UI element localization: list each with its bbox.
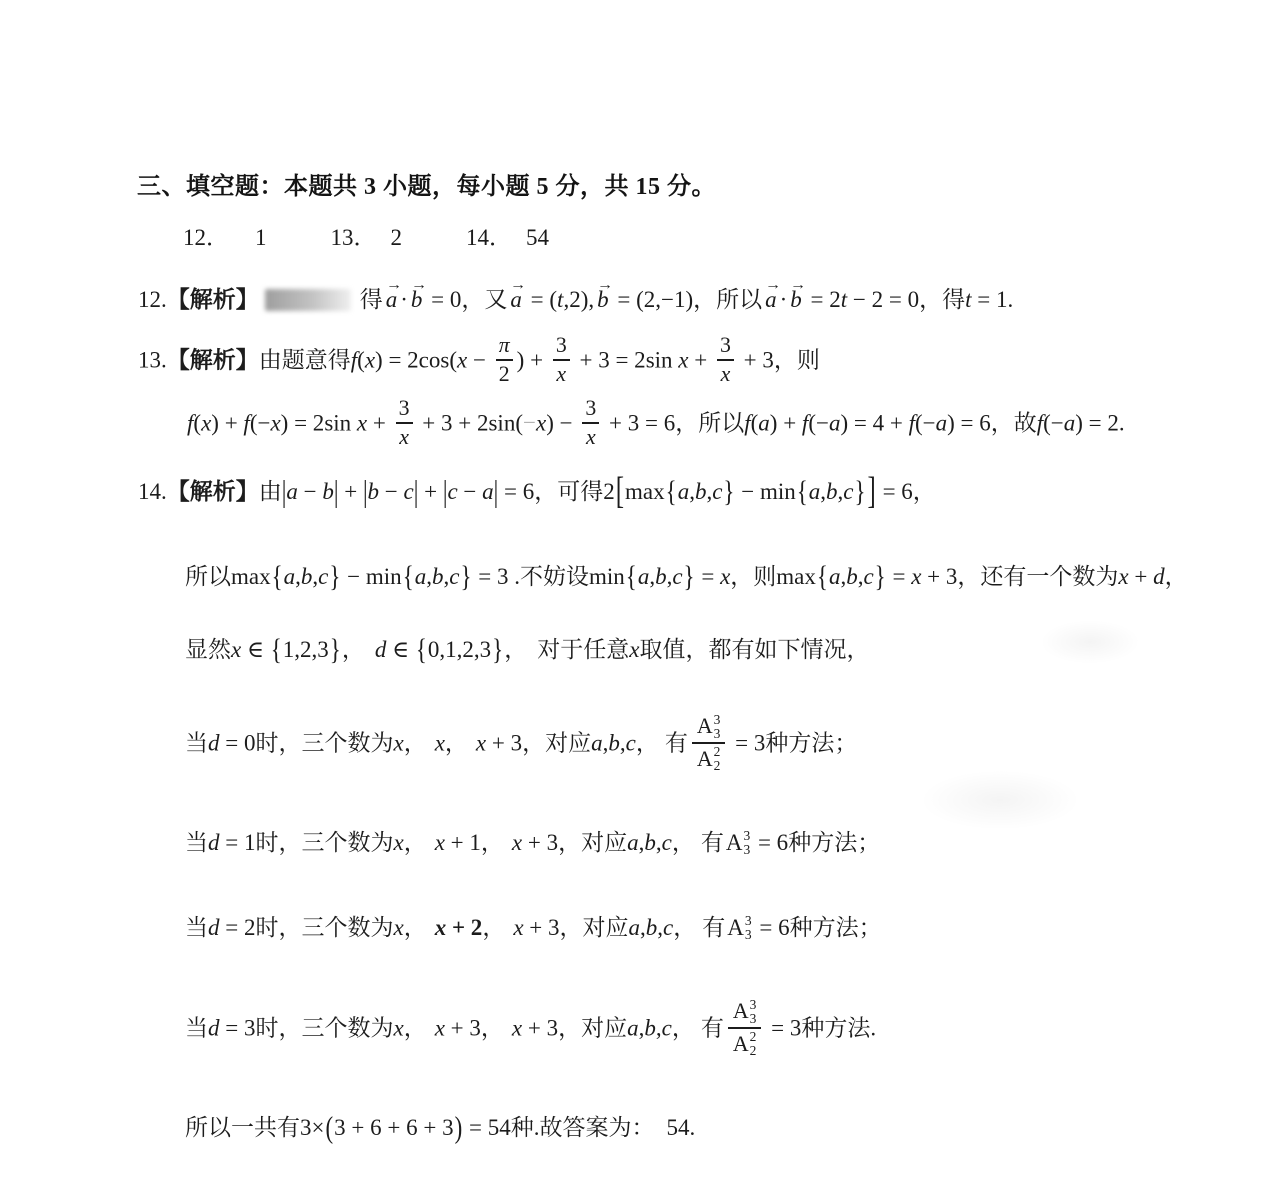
fraction-bar [553, 359, 570, 361]
fraction-bar [717, 359, 734, 361]
redacted-smudge [265, 289, 351, 311]
fraction-bar [582, 422, 599, 424]
vector-b: →b [790, 285, 802, 315]
fraction: 3x [717, 333, 734, 387]
solution-14-case-d0: 当d = 0时，三个数为x，x，x + 3，对应a,b,c，有A33A22 = … [185, 704, 857, 786]
permutation-symbol: A33 [727, 913, 751, 943]
fraction: A33A22 [728, 998, 762, 1059]
solution-14-case-d1: 当d = 1时，三个数为x，x + 1，x + 3，对应a,b,c，有A33 =… [185, 816, 880, 870]
fraction-bar [692, 742, 726, 744]
answer-item-12: 12．1 [183, 219, 267, 252]
fraction-bar [496, 359, 513, 361]
answer-number: 13． [331, 225, 377, 250]
answer-item-13: 13．2 [331, 219, 403, 252]
fraction: 3x [396, 396, 413, 450]
solution-14-line-1: 14.【解析】由|a − b| + |b − c| + |c − a| = 6，… [138, 463, 936, 521]
scan-page: 三、填空题：本题共 3 小题，每小题 5 分，共 15 分。 12．113．21… [0, 0, 1280, 1177]
vector-b: →b [411, 285, 423, 315]
scan-artifact [920, 770, 1080, 830]
permutation-symbol: A22 [697, 745, 721, 773]
solution-13-line-1: 13.【解析】由题意得f(x) = 2cos(x − π2) + 3x + 3 … [138, 330, 820, 394]
answer-value: 54 [526, 225, 549, 250]
permutation-symbol: A33 [733, 998, 757, 1026]
answer-number: 12． [183, 225, 229, 250]
answer-key-row: 12．113．214．54 [183, 219, 613, 252]
answer-value: 2 [391, 225, 403, 250]
solution-14-line-3: 显然x ∈ {1,2,3}，d ∈ {0,1,2,3}，对于任意x取值，都有如下… [185, 623, 869, 677]
answer-item-14: 14．54 [466, 219, 549, 252]
answer-number: 14． [466, 225, 512, 250]
vector-a: →a [386, 285, 398, 315]
solution-14-conclusion: 所以一共有3×(3 + 6 + 6 + 3) = 54种.故答案为：54. [185, 1101, 695, 1155]
answer-value: 1 [255, 225, 267, 250]
permutation-symbol: A33 [697, 713, 721, 741]
solution-14-case-d2: 当d = 2时，三个数为x，x + 2，x + 3，对应a,b,c，有A33 =… [185, 901, 882, 955]
section-header: 三、填空题：本题共 3 小题，每小题 5 分，共 15 分。 [137, 166, 716, 201]
solution-14-case-d3: 当d = 3时，三个数为x，x + 3，x + 3，对应a,b,c，有A33A2… [185, 989, 876, 1071]
fraction: 3x [553, 333, 570, 387]
permutation-symbol: A33 [726, 828, 750, 858]
fraction: π2 [496, 333, 513, 387]
fraction: 3x [582, 396, 599, 450]
solution-12: 12.【解析】得→a·→b = 0，又→a = (t,2),→b = (2,−1… [138, 272, 1013, 328]
fraction-bar [728, 1027, 762, 1029]
permutation-symbol: A22 [733, 1030, 757, 1058]
solution-13-line-2: f(x) + f(−x) = 2sin x + 3x + 3 + 2sin(−x… [187, 393, 1125, 457]
vector-a: →a [765, 285, 777, 315]
fraction-bar [396, 422, 413, 424]
vector-a: →a [510, 285, 522, 315]
solution-14-line-2: 所以max{a,b,c} − min{a,b,c} = 3 .不妨设min{a,… [185, 549, 1188, 605]
fraction: A33A22 [692, 713, 726, 774]
scan-artifact [1040, 620, 1140, 664]
vector-b: →b [597, 285, 609, 315]
